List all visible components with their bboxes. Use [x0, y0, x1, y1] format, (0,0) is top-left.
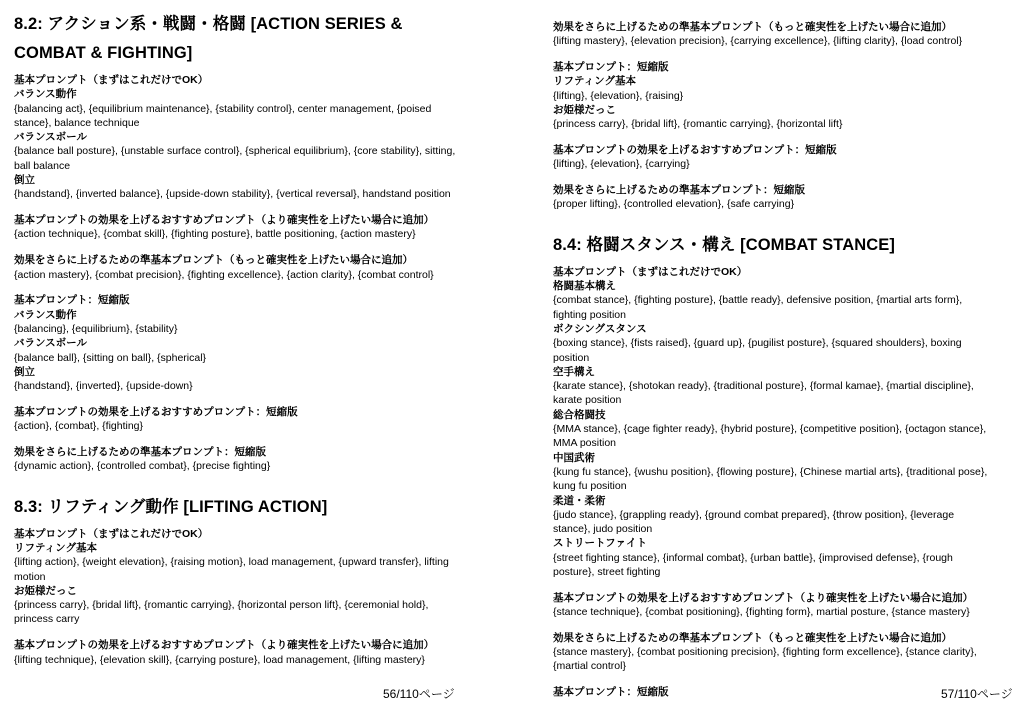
prompt-text: {judo stance}, {grappling ready}, {groun…	[553, 508, 993, 537]
prompt-text: {action mastery}, {combat precision}, {f…	[14, 268, 466, 282]
prompt-label: お姫様だっこ	[553, 103, 993, 117]
prompt-text: {balance ball posture}, {unstable surfac…	[14, 144, 466, 173]
prompt-label: 効果をさらに上げるための準基本プロンプト（もっと確実性を上げたい場合に追加）	[14, 253, 466, 267]
prompt-label: 基本プロンプト：短縮版	[553, 685, 993, 699]
prompt-text: {stance technique}, {combat positioning}…	[553, 605, 993, 619]
prompt-text: {lifting}, {elevation}, {raising}	[553, 89, 993, 103]
prompt-label: ボクシングスタンス	[553, 322, 993, 336]
prompt-label: リフティング基本	[553, 74, 993, 88]
prompt-label: 基本プロンプトの効果を上げるおすすめプロンプト：短縮版	[553, 143, 993, 157]
prompt-label: ストリートファイト	[553, 536, 993, 550]
page-number: 56/110ページ	[383, 687, 455, 701]
prompt-label: 効果をさらに上げるための準基本プロンプト：短縮版	[553, 183, 993, 197]
prompt-label: 基本プロンプト（まずはこれだけでOK）	[553, 265, 993, 279]
prompt-text: {action}, {combat}, {fighting}	[14, 419, 466, 433]
prompt-text: {MMA stance}, {cage fighter ready}, {hyb…	[553, 422, 993, 451]
prompt-text: {lifting mastery}, {elevation precision}…	[553, 34, 993, 48]
prompt-text: {handstand}, {inverted balance}, {upside…	[14, 187, 466, 201]
prompt-label: お姫様だっこ	[14, 584, 466, 598]
prompt-label: バランスボール	[14, 130, 466, 144]
prompt-text: {boxing stance}, {fists raised}, {guard …	[553, 336, 993, 365]
prompt-text: {lifting action}, {weight elevation}, {r…	[14, 555, 466, 584]
prompt-text: {stance mastery}, {combat positioning pr…	[553, 645, 993, 674]
section-heading: 8.3: リフティング動作 [LIFTING ACTION]	[14, 493, 466, 522]
prompt-label: 総合格闘技	[553, 408, 993, 422]
section-heading: 8.4: 格闘スタンス・構え [COMBAT STANCE]	[553, 231, 993, 260]
prompt-label: 中国武術	[553, 451, 993, 465]
prompt-text: {combat stance}, {fighting posture}, {ba…	[553, 293, 993, 322]
prompt-text: {karate stance}, {shotokan ready}, {trad…	[553, 379, 993, 408]
prompt-label: 基本プロンプト（まずはこれだけでOK）	[14, 73, 466, 87]
prompt-label: 柔道・柔術	[553, 494, 993, 508]
prompt-text: {dynamic action}, {controlled combat}, {…	[14, 459, 466, 473]
prompt-label: 格闘基本構え	[553, 279, 993, 293]
prompt-label: 倒立	[14, 365, 466, 379]
page-number: 57/110ページ	[941, 687, 1013, 701]
prompt-label: バランス動作	[14, 308, 466, 322]
prompt-text: {balancing}, {equilibrium}, {stability}	[14, 322, 466, 336]
document-page-right: 効果をさらに上げるための準基本プロンプト（もっと確実性を上げたい場合に追加）{l…	[553, 20, 993, 700]
prompt-text: {action technique}, {combat skill}, {fig…	[14, 227, 466, 241]
section-heading: 8.2: アクション系・戦闘・格闘 [ACTION SERIES & COMBA…	[14, 10, 466, 68]
prompt-label: 効果をさらに上げるための準基本プロンプト（もっと確実性を上げたい場合に追加）	[553, 20, 993, 34]
prompt-text: {lifting technique}, {elevation skill}, …	[14, 653, 466, 667]
prompt-label: 基本プロンプトの効果を上げるおすすめプロンプト（より確実性を上げたい場合に追加）	[14, 638, 466, 652]
prompt-text: {balancing act}, {equilibrium maintenanc…	[14, 102, 466, 131]
prompt-text: {proper lifting}, {controlled elevation}…	[553, 197, 993, 211]
prompt-label: 基本プロンプトの効果を上げるおすすめプロンプト：短縮版	[14, 405, 466, 419]
prompt-label: リフティング基本	[14, 541, 466, 555]
prompt-label: 基本プロンプト：短縮版	[553, 60, 993, 74]
document-page-left: 8.2: アクション系・戦闘・格闘 [ACTION SERIES & COMBA…	[14, 10, 466, 667]
document-spread: 8.2: アクション系・戦闘・格闘 [ACTION SERIES & COMBA…	[0, 0, 1024, 712]
prompt-label: 空手構え	[553, 365, 993, 379]
prompt-text: {street fighting stance}, {informal comb…	[553, 551, 993, 580]
prompt-label: 効果をさらに上げるための準基本プロンプト：短縮版	[14, 445, 466, 459]
prompt-label: バランス動作	[14, 87, 466, 101]
prompt-label: 基本プロンプト：短縮版	[14, 293, 466, 307]
prompt-label: 効果をさらに上げるための準基本プロンプト（もっと確実性を上げたい場合に追加）	[553, 631, 993, 645]
prompt-label: 基本プロンプトの効果を上げるおすすめプロンプト（より確実性を上げたい場合に追加）	[553, 591, 993, 605]
prompt-label: 倒立	[14, 173, 466, 187]
prompt-text: {handstand}, {inverted}, {upside-down}	[14, 379, 466, 393]
prompt-label: 基本プロンプト（まずはこれだけでOK）	[14, 527, 466, 541]
prompt-text: {princess carry}, {bridal lift}, {romant…	[553, 117, 993, 131]
prompt-label: バランスボール	[14, 336, 466, 350]
prompt-text: {princess carry}, {bridal lift}, {romant…	[14, 598, 466, 627]
prompt-text: {lifting}, {elevation}, {carrying}	[553, 157, 993, 171]
prompt-text: {kung fu stance}, {wushu position}, {flo…	[553, 465, 993, 494]
prompt-text: {balance ball}, {sitting on ball}, {sphe…	[14, 351, 466, 365]
prompt-label: 基本プロンプトの効果を上げるおすすめプロンプト（より確実性を上げたい場合に追加）	[14, 213, 466, 227]
